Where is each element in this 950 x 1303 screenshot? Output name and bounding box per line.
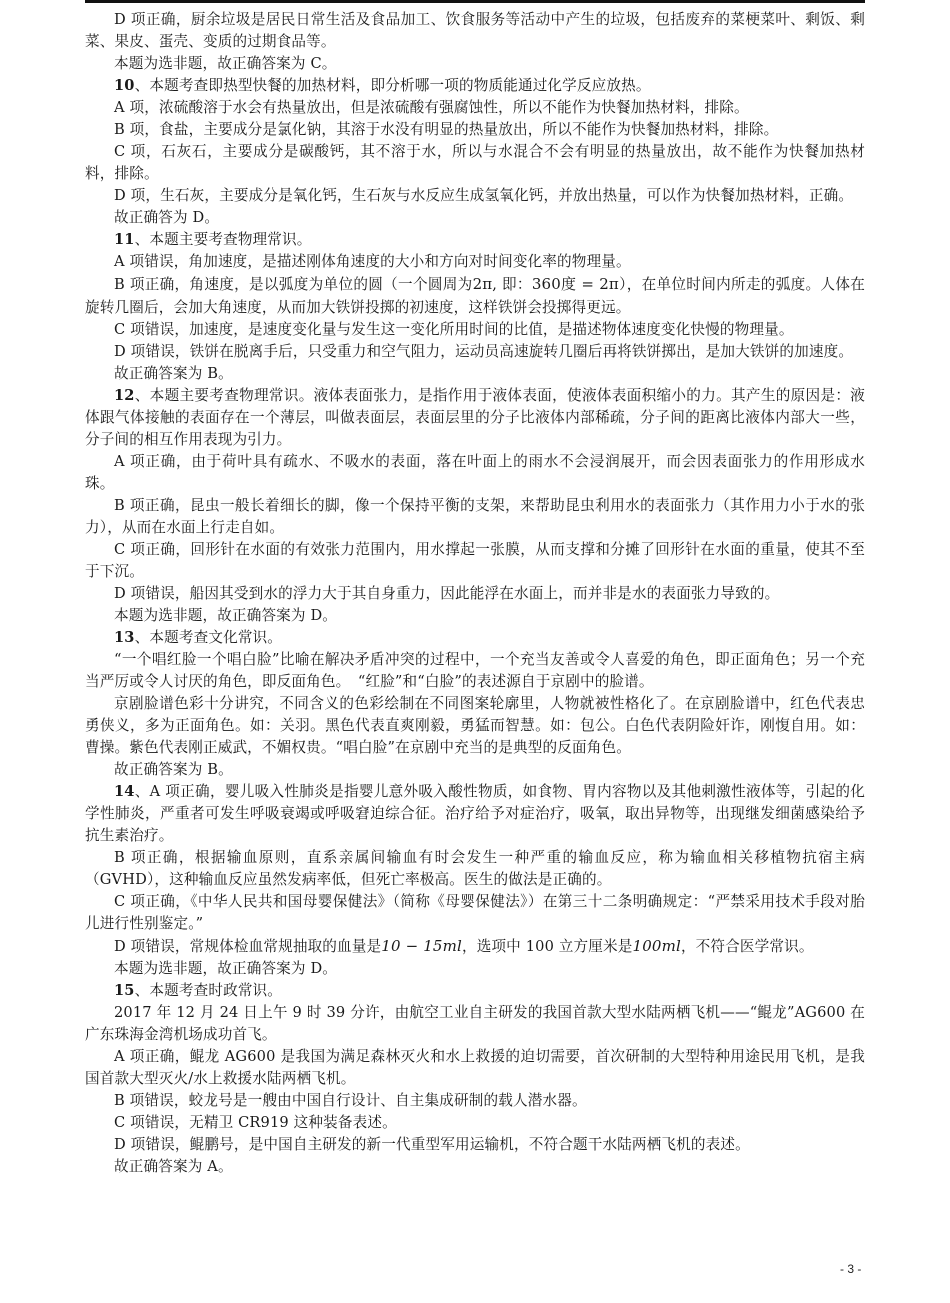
question-15-heading: 15、本题考查时政常识。 [85,980,865,1002]
paragraph-12d: D 项错误，船因其受到水的浮力大于其自身重力，因此能浮在水面上，而并非是水的表面… [85,583,865,605]
question-13-heading: 13、本题考查文化常识。 [85,627,865,649]
paragraph-10b: B 项，食盐，主要成分是氯化钠，其溶于水没有明显的热量放出，所以不能作为快餐加热… [85,119,865,141]
question-number: 12 [114,387,135,404]
paragraph-11b: B 项正确，角速度，是以弧度为单位的圆（一个圆周为2π, 即：360度 = 2π… [85,273,865,319]
answer-13: 故正确答案为 B。 [85,759,865,781]
paragraph-14b: B 项正确，根据输血原则，直系亲属间输血有时会发生一种严重的输血反应，称为输血相… [85,847,865,891]
paragraph-15a: A 项正确，鲲龙 AG600 是我国为满足森林灭火和水上救援的迫切需要，首次研制… [85,1046,865,1090]
formula-2pi: 2π [473,275,493,293]
paragraph-11d: D 项错误，铁饼在脱离手后，只受重力和空气阻力，运动员高速旋转几圈后再将铁饼掷出… [85,341,865,363]
paragraph-10a: A 项，浓硫酸溶于水会有热量放出，但是浓硫酸有强腐蚀性，所以不能作为快餐加热材料… [85,97,865,119]
paragraph-15c: C 项错误，无精卫 CR919 这种装备表述。 [85,1112,865,1134]
paragraph-15-intro: 2017 年 12 月 24 日上午 9 时 39 分许，由航空工业自主研发的我… [85,1002,865,1046]
formula-blood-volume: 10 − 15ml [381,937,462,955]
question-11-heading: 11、本题主要考查物理常识。 [85,229,865,251]
question-number: 14 [114,783,135,800]
page-number: - 3 - [840,1262,861,1276]
answer-11: 故正确答案为 B。 [85,363,865,385]
paragraph-9d: D 项正确，厨余垃圾是居民日常生活及食品加工、饮食服务等活动中产生的垃圾，包括废… [85,9,865,53]
paragraph-14c: C 项正确，《中华人民共和国母婴保健法》（简称《母婴保健法》）在第三十二条明确规… [85,891,865,935]
answer-14: 本题为选非题，故正确答案为 D。 [85,958,865,980]
answer-12: 本题为选非题，故正确答案为 D。 [85,605,865,627]
answer-10: 故正确答为 D。 [85,207,865,229]
header-rule [85,0,865,3]
paragraph-14d: D 项错误，常规体检血常规抽取的血量是10 − 15ml，选项中 100 立方厘… [85,935,865,958]
paragraph-12b: B 项正确，昆虫一般长着细长的脚，像一个保持平衡的支架，来帮助昆虫利用水的表面张… [85,495,865,539]
paragraph-15d: D 项错误，鲲鹏号，是中国自主研发的新一代重型军用运输机，不符合题干水陆两栖飞机… [85,1134,865,1156]
paragraph-12a: A 项正确，由于荷叶具有疏水、不吸水的表面，落在叶面上的雨水不会浸润展开，而会因… [85,451,865,495]
paragraph-13a: “一个唱红脸一个唱白脸”比喻在解决矛盾冲突的过程中，一个充当友善或令人喜爱的角色… [85,649,865,693]
formula-100ml: 100ml [633,937,681,955]
question-number: 13 [114,629,135,646]
paragraph-11a: A 项错误，角加速度，是描述刚体角速度的大小和方向对时间变化率的物理量。 [85,251,865,273]
answer-15: 故正确答案为 A。 [85,1156,865,1178]
paragraph-10c: C 项，石灰石，主要成分是碳酸钙，其不溶于水，所以与水混合不会有明显的热量放出，… [85,141,865,185]
question-number: 15 [114,982,135,999]
paragraph-11c: C 项错误，加速度，是速度变化量与发生这一变化所用时间的比值，是描述物体速度变化… [85,319,865,341]
paragraph-13b: 京剧脸谱色彩十分讲究，不同含义的色彩绘制在不同图案轮廓里，人物就被性格化了。在京… [85,693,865,759]
document-page: D 项正确，厨余垃圾是居民日常生活及食品加工、饮食服务等活动中产生的垃圾，包括废… [85,9,865,1178]
paragraph-10d: D 项，生石灰，主要成分是氧化钙，生石灰与水反应生成氢氧化钙，并放出热量，可以作… [85,185,865,207]
formula-360-degrees: 360度 = 2π [532,275,619,293]
paragraph-15b: B 项错误，蛟龙号是一艘由中国自行设计、自主集成研制的载人潜水器。 [85,1090,865,1112]
question-number: 11 [114,231,135,248]
question-14-a: 14、A 项正确，婴儿吸入性肺炎是指婴儿意外吸入酸性物质，如食物、胃内容物以及其… [85,781,865,847]
question-10-heading: 10、本题考查即热型快餐的加热材料，即分析哪一项的物质能通过化学反应放热。 [85,75,865,97]
question-number: 10 [114,77,135,94]
paragraph-12c: C 项正确，回形针在水面的有效张力范围内，用水撑起一张膜，从而支撑和分摊了回形针… [85,539,865,583]
question-12-heading: 12、本题主要考查物理常识。液体表面张力，是指作用于液体表面，使液体表面积缩小的… [85,385,865,451]
answer-9: 本题为选非题，故正确答案为 C。 [85,53,865,75]
